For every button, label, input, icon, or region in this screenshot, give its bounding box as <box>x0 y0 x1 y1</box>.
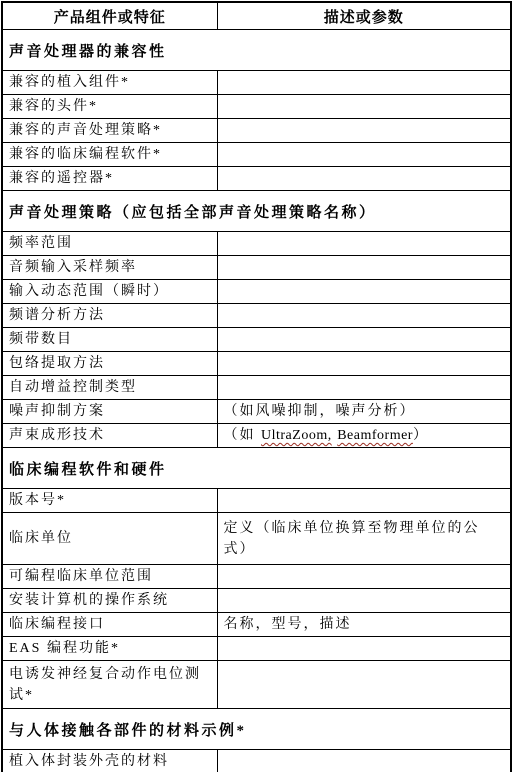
feature-cell: 音频输入采样频率 <box>2 256 217 280</box>
feature-cell: 兼容的头件* <box>2 95 217 119</box>
value-cell <box>217 71 511 95</box>
table-row: 兼容的遥控器* <box>2 167 511 191</box>
value-cell <box>217 352 511 376</box>
misspelled-word: UltraZoom, <box>261 428 332 443</box>
feature-cell: 输入动态范围（瞬时） <box>2 280 217 304</box>
table-row: 噪声抑制方案 （如风噪抑制，噪声分析） <box>2 400 511 424</box>
table-row: 安装计算机的操作系统 <box>2 589 511 613</box>
table-row: 临床单位 定义（临床单位换算至物理单位的公式） <box>2 513 511 565</box>
value-cell: 定义（临床单位换算至物理单位的公式） <box>217 513 511 565</box>
table-row: 自动增益控制类型 <box>2 376 511 400</box>
section-row: 临床编程软件和硬件 <box>2 448 511 489</box>
feature-cell: 频带数目 <box>2 328 217 352</box>
section-label: 与人体接触各部件的材料示例* <box>2 709 511 750</box>
table-row: 包络提取方法 <box>2 352 511 376</box>
feature-cell: EAS 编程功能* <box>2 637 217 661</box>
table-row: 频率范围 <box>2 232 511 256</box>
value-cell <box>217 232 511 256</box>
section-label: 临床编程软件和硬件 <box>2 448 511 489</box>
value-cell <box>217 376 511 400</box>
document-page: 产品组件或特征 描述或参数 声音处理器的兼容性 兼容的植入组件* 兼容的头件* … <box>0 0 512 772</box>
value-cell <box>217 565 511 589</box>
value-cell <box>217 280 511 304</box>
table-row: 频带数目 <box>2 328 511 352</box>
table-row: 兼容的植入组件* <box>2 71 511 95</box>
feature-cell: 兼容的临床编程软件* <box>2 143 217 167</box>
value-cell <box>217 328 511 352</box>
feature-cell: 植入体封装外壳的材料 <box>2 750 217 772</box>
value-cell <box>217 489 511 513</box>
table-row: EAS 编程功能* <box>2 637 511 661</box>
value-cell <box>217 143 511 167</box>
value-text: （如 <box>224 428 262 443</box>
table-row: 输入动态范围（瞬时） <box>2 280 511 304</box>
value-cell: 名称，型号，描述 <box>217 613 511 637</box>
table-row: 植入体封装外壳的材料 <box>2 750 511 772</box>
product-spec-table: 产品组件或特征 描述或参数 声音处理器的兼容性 兼容的植入组件* 兼容的头件* … <box>1 1 512 772</box>
table-row: 兼容的声音处理策略* <box>2 119 511 143</box>
misspelled-word: Beamformer <box>337 428 413 443</box>
section-row: 声音处理器的兼容性 <box>2 30 511 71</box>
section-label: 声音处理器的兼容性 <box>2 30 511 71</box>
feature-cell: 版本号* <box>2 489 217 513</box>
header-row: 产品组件或特征 描述或参数 <box>2 2 511 30</box>
feature-column-header: 产品组件或特征 <box>2 2 217 30</box>
value-text: ） <box>413 428 429 443</box>
table-row: 音频输入采样频率 <box>2 256 511 280</box>
table-row: 频谱分析方法 <box>2 304 511 328</box>
table-row: 可编程临床单位范围 <box>2 565 511 589</box>
table-row: 声束成形技术 （如 UltraZoom, Beamformer） <box>2 424 511 448</box>
description-column-header: 描述或参数 <box>217 2 511 30</box>
feature-cell: 频率范围 <box>2 232 217 256</box>
feature-cell: 电诱发神经复合动作电位测试* <box>2 661 217 709</box>
feature-cell: 自动增益控制类型 <box>2 376 217 400</box>
feature-cell: 声束成形技术 <box>2 424 217 448</box>
value-cell <box>217 119 511 143</box>
value-cell: （如风噪抑制，噪声分析） <box>217 400 511 424</box>
feature-cell: 包络提取方法 <box>2 352 217 376</box>
value-cell <box>217 661 511 709</box>
value-cell <box>217 95 511 119</box>
feature-cell: 可编程临床单位范围 <box>2 565 217 589</box>
section-label: 声音处理策略（应包括全部声音处理策略名称） <box>2 191 511 232</box>
feature-cell: 噪声抑制方案 <box>2 400 217 424</box>
value-cell: （如 UltraZoom, Beamformer） <box>217 424 511 448</box>
value-cell <box>217 256 511 280</box>
feature-cell: 临床单位 <box>2 513 217 565</box>
section-row: 与人体接触各部件的材料示例* <box>2 709 511 750</box>
section-row: 声音处理策略（应包括全部声音处理策略名称） <box>2 191 511 232</box>
value-cell <box>217 167 511 191</box>
feature-cell: 兼容的植入组件* <box>2 71 217 95</box>
feature-cell: 兼容的遥控器* <box>2 167 217 191</box>
value-cell <box>217 637 511 661</box>
value-cell <box>217 750 511 772</box>
table-row: 版本号* <box>2 489 511 513</box>
table-row: 电诱发神经复合动作电位测试* <box>2 661 511 709</box>
feature-cell: 兼容的声音处理策略* <box>2 119 217 143</box>
table-row: 临床编程接口 名称，型号，描述 <box>2 613 511 637</box>
value-cell <box>217 304 511 328</box>
table-row: 兼容的临床编程软件* <box>2 143 511 167</box>
feature-cell: 安装计算机的操作系统 <box>2 589 217 613</box>
feature-cell: 临床编程接口 <box>2 613 217 637</box>
feature-cell: 频谱分析方法 <box>2 304 217 328</box>
value-cell <box>217 589 511 613</box>
table-row: 兼容的头件* <box>2 95 511 119</box>
